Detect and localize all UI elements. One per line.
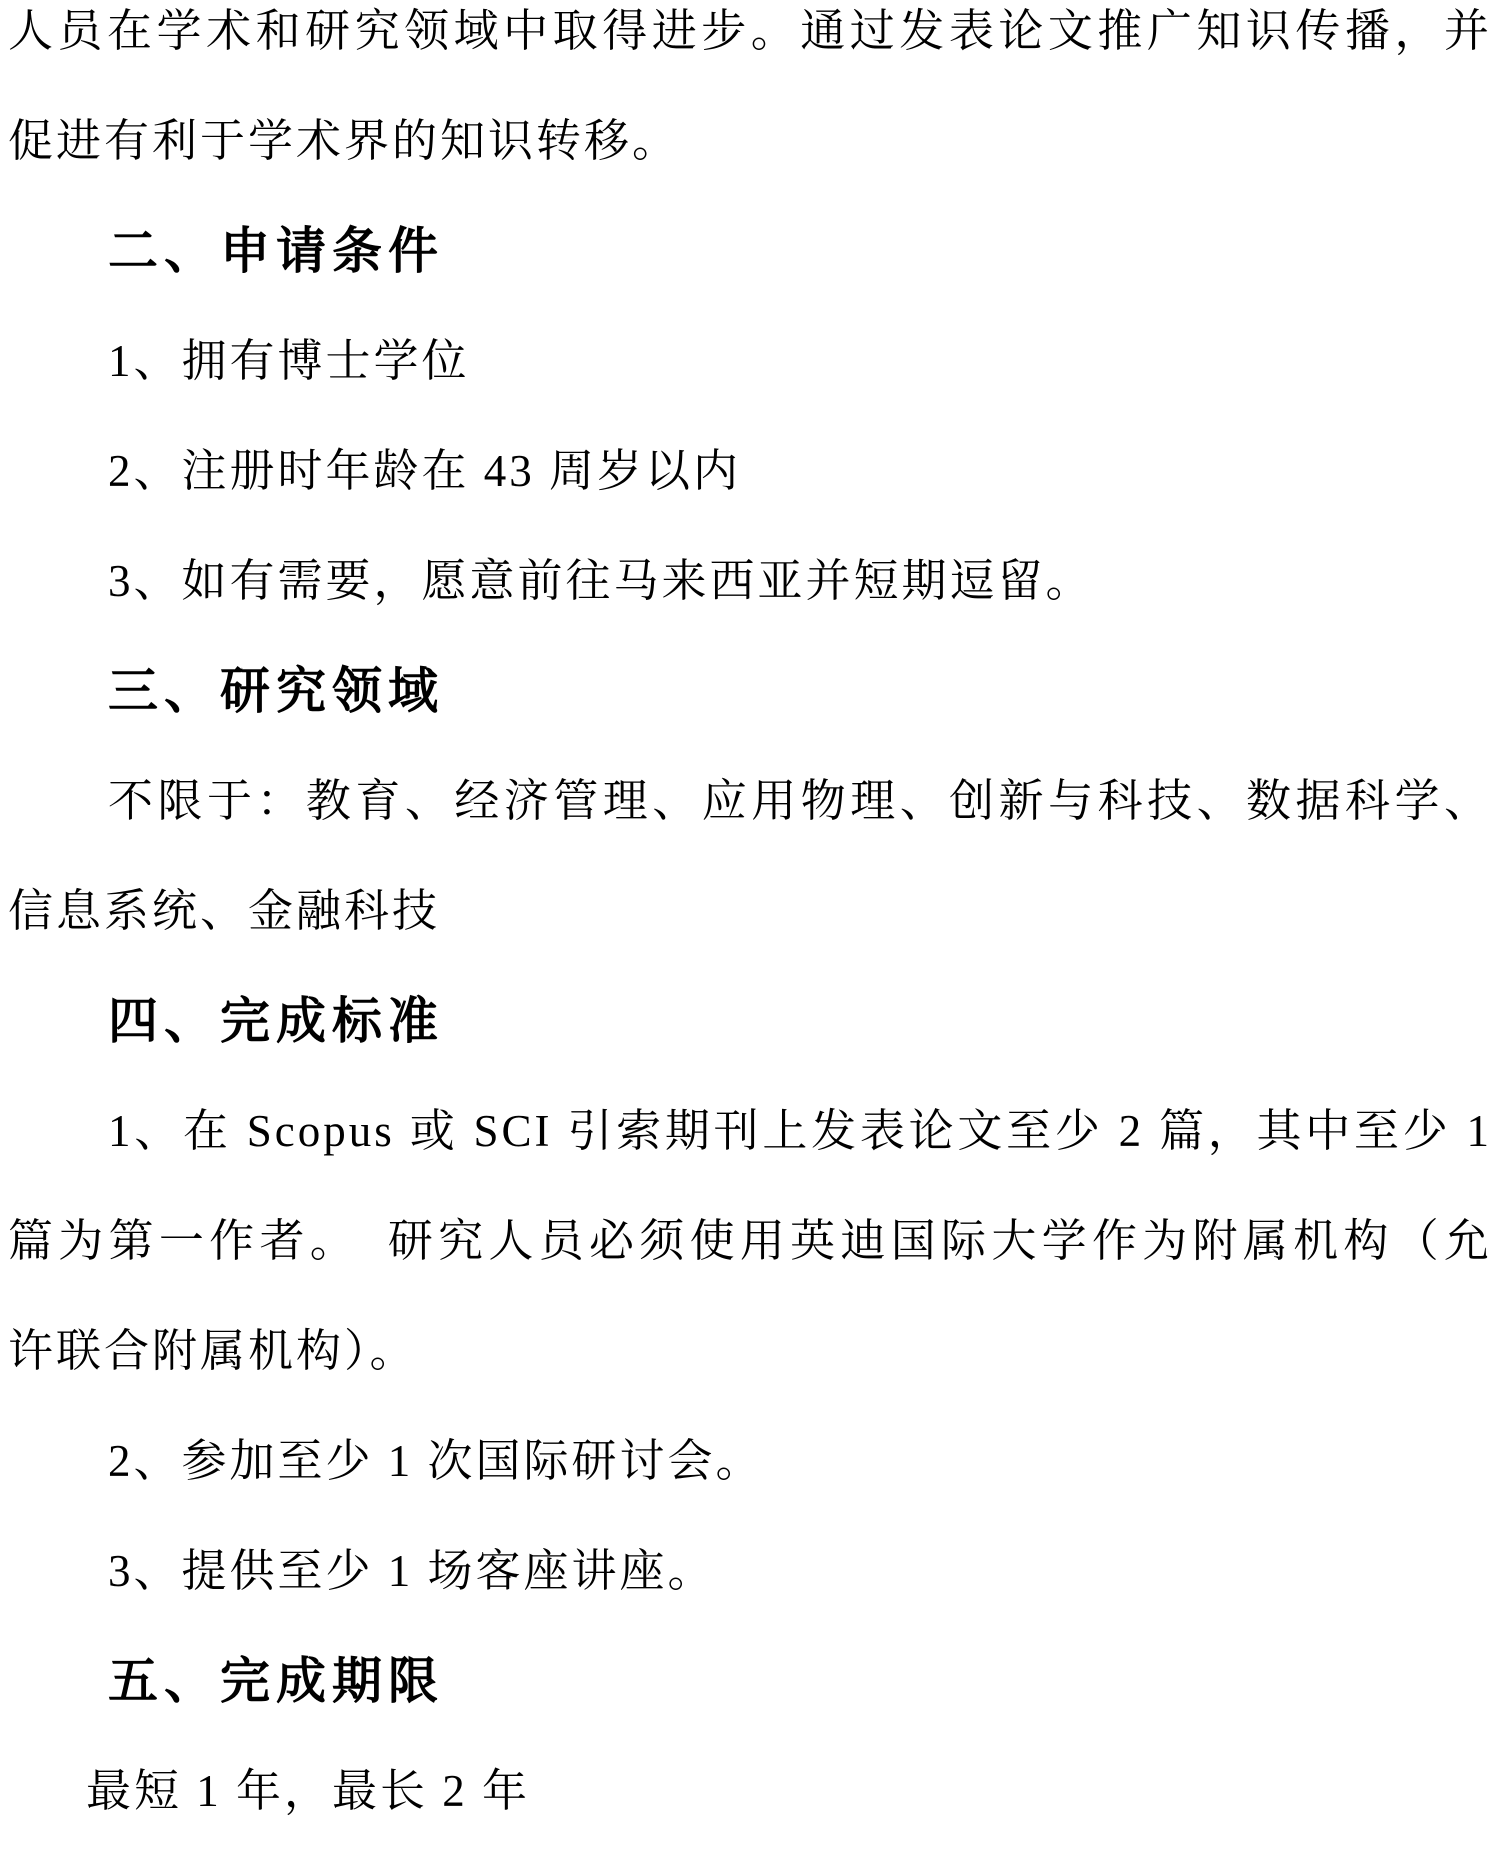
text-line: 不限于：教育、经济管理、应用物理、创新与科技、数据科学、 bbox=[8, 746, 1492, 856]
text-line: 人员在学术和研究领域中取得进步。通过发表论文推广知识传播，并 bbox=[8, 0, 1492, 86]
section-heading-research-areas: 三、研究领域 bbox=[8, 636, 1492, 746]
section-heading-completion-criteria: 四、完成标准 bbox=[8, 966, 1492, 1076]
section-heading-application-conditions: 二、申请条件 bbox=[8, 196, 1492, 306]
list-item: 2、注册时年龄在 43 周岁以内 bbox=[8, 416, 1492, 526]
section-heading-completion-deadline: 五、完成期限 bbox=[8, 1626, 1492, 1736]
text-line: 篇为第一作者。 研究人员必须使用英迪国际大学作为附属机构（允 bbox=[8, 1186, 1492, 1296]
list-item: 2、参加至少 1 次国际研讨会。 bbox=[8, 1406, 1492, 1516]
list-item: 1、在 Scopus 或 SCI 引索期刊上发表论文至少 2 篇，其中至少 1 bbox=[8, 1076, 1492, 1186]
text-line: 最短 1 年，最长 2 年 bbox=[8, 1736, 1492, 1846]
text-line: 许联合附属机构）。 bbox=[8, 1296, 1492, 1406]
text-line: 信息系统、金融科技 bbox=[8, 856, 1492, 966]
text-line: 促进有利于学术界的知识转移。 bbox=[8, 86, 1492, 196]
document-page: 人员在学术和研究领域中取得进步。通过发表论文推广知识传播，并 促进有利于学术界的… bbox=[0, 0, 1500, 1859]
document-body: 人员在学术和研究领域中取得进步。通过发表论文推广知识传播，并 促进有利于学术界的… bbox=[8, 0, 1492, 1846]
list-item: 3、如有需要，愿意前往马来西亚并短期逗留。 bbox=[8, 526, 1492, 636]
list-item: 3、提供至少 1 场客座讲座。 bbox=[8, 1516, 1492, 1626]
list-item: 1、拥有博士学位 bbox=[8, 306, 1492, 416]
